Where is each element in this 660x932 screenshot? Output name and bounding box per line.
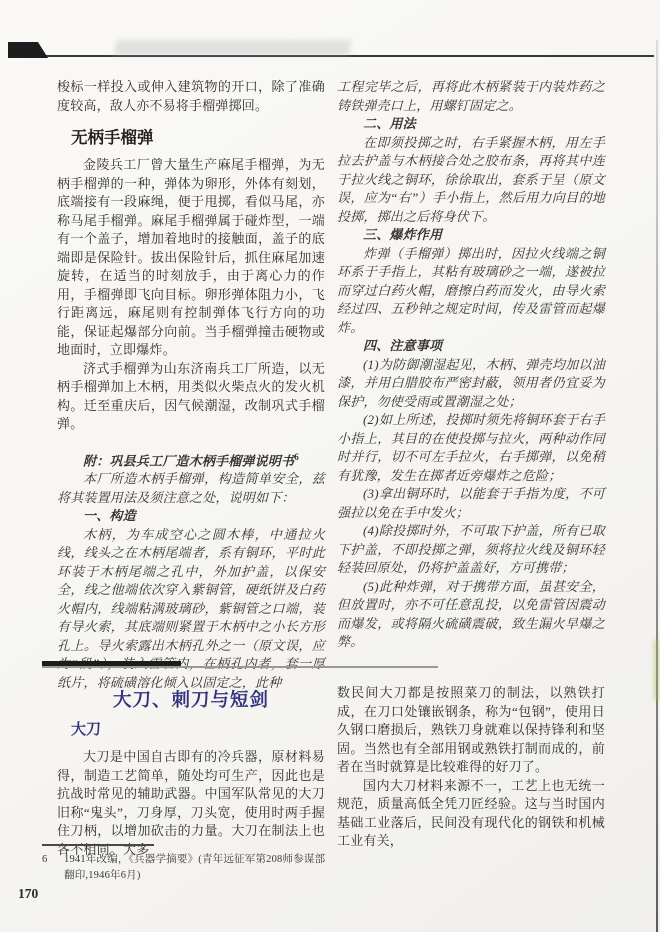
paragraph-lead: 梭标一样投入或伸入建筑物的开口，除了准确度较高，敌人亦不易将手榴弹掷回。: [57, 78, 325, 115]
section-divider-line: [42, 666, 438, 668]
appendix-part4-heading: 四、注意事项: [337, 337, 605, 356]
appendix-part3-heading: 三、爆炸作用: [337, 226, 605, 245]
paragraph: 济式手榴弹为山东济南兵工厂所造，以无柄手榴弹加上木柄，用类似火柴点火的发火机构。…: [57, 360, 325, 434]
right-column-bottom: 数民间大刀都是按照菜刀的制法，以熟铁打成，在刀口处镶嵌钢条，称为“包钢”，使用日…: [337, 684, 605, 851]
appendix-note-1: (1)为防御潮湿起见，木柄、弹壳均加以油漆，并用白腊胶布严密封蔽，领用者仍宜妥为…: [337, 356, 605, 412]
appendix-part2-heading: 二、用法: [337, 115, 605, 134]
section-heading-grenade: 无柄手榴弹: [71, 127, 325, 149]
appendix-title: 附：巩县兵工厂造木柄手榴弹说明书6: [57, 448, 325, 471]
ghost-text-smudge: [114, 40, 351, 55]
paragraph: 大刀是中国自古即有的冷兵器，原材料易得，制造工艺简单，随处均可生产，因此也是抗战…: [57, 748, 325, 859]
paragraph: 国内大刀材料来源不一，工艺上也无统一规范，质量高低全凭刀匠经验。这与当时国内基础…: [337, 777, 605, 851]
appendix-intro: 本厂所造木柄手榴弹，构造简单安全，兹将其装置用法及须注意之处，说明如下：: [57, 470, 325, 507]
footnote-marker: 6: [42, 852, 47, 868]
appendix-note-3: (3)拿出铜环时，以能套于手指为度，不可强拉以免在手中发火；: [337, 485, 605, 522]
paragraph: 金陵兵工厂曾大量生产麻尾手榴弹，为无柄手榴弹的一种，弹体为卵形，外体有刻划，底端…: [57, 156, 325, 360]
appendix-part1-continuation: 工程完毕之后，再将此木柄紧装于内装炸药之铸铁弹壳口上，用螺钉固定之。: [337, 78, 605, 115]
footnote-rule: [42, 844, 154, 846]
page-edge-line: [656, 40, 658, 932]
appendix-part2-text: 在即须投掷之时，右手紧握木柄，用左手拉去护盖与木柄接合处之胶布条，再将其中连于拉…: [337, 134, 605, 227]
right-column-top: 工程完毕之后，再将此木柄紧装于内装炸药之铸铁弹壳口上，用螺钉固定之。 二、用法 …: [337, 78, 605, 652]
scanned-page: 梭标一样投入或伸入建筑物的开口，除了准确度较高，敌人亦不易将手榴弹掷回。 无柄手…: [0, 0, 660, 932]
header-rule: [8, 55, 654, 57]
paragraph-continuation: 数民间大刀都是按照菜刀的制法，以熟铁打成，在刀口处镶嵌钢条，称为“包钢”，使用日…: [337, 684, 605, 777]
footnote-text: 61941年改编，《兵器学摘要》(青年远征军第208师参谋部翻印,1946年6月…: [42, 852, 334, 884]
left-column-top: 梭标一样投入或伸入建筑物的开口，除了准确度较高，敌人亦不易将手榴弹掷回。 无柄手…: [57, 78, 325, 692]
footnote-block: 61941年改编，《兵器学摘要》(青年远征军第208师参谋部翻印,1946年6月…: [42, 844, 334, 884]
page-number: 170: [18, 886, 38, 902]
left-column-bottom: 大刀、刺刀与短剑 大刀 大刀是中国自古即有的冷兵器，原材料易得，制造工艺简单，随…: [57, 688, 325, 859]
page-edge-smudge: [654, 640, 659, 700]
appendix-title-text: 附：巩县兵工厂造木柄手榴弹说明书: [83, 453, 294, 468]
footnote-ref: 6: [294, 452, 299, 462]
appendix-note-4: (4)除投掷时外，不可取下护盖，所有已取下护盖，不即投掷之弹，须将拉火线及铜环轻…: [337, 522, 605, 578]
appendix-note-5: (5)此种炸弹，对于携带方面，虽甚安全，但放置时，亦不可任意乱投，以免雷管因震动…: [337, 578, 605, 652]
footnote-citation: 1941年改编，《兵器学摘要》(青年远征军第208师参谋部翻印,1946年6月): [64, 854, 325, 881]
subsection-heading-dadao: 大刀: [71, 720, 325, 740]
chapter-title-knives: 大刀、刺刀与短剑: [57, 688, 325, 712]
header-accent-bar: [8, 42, 48, 58]
appendix-part3-text: 炸弹（手榴弹）掷出时，因拉火线端之铜环系于手指上，其粘有玻璃砂之一端，遂被拉而穿…: [337, 245, 605, 338]
appendix-note-2: (2)如上所述，投掷时须先将铜环套于右手小指上，其目的在使投掷与拉火，两种动作同…: [337, 411, 605, 485]
appendix-part1-heading: 一、构造: [57, 507, 325, 526]
